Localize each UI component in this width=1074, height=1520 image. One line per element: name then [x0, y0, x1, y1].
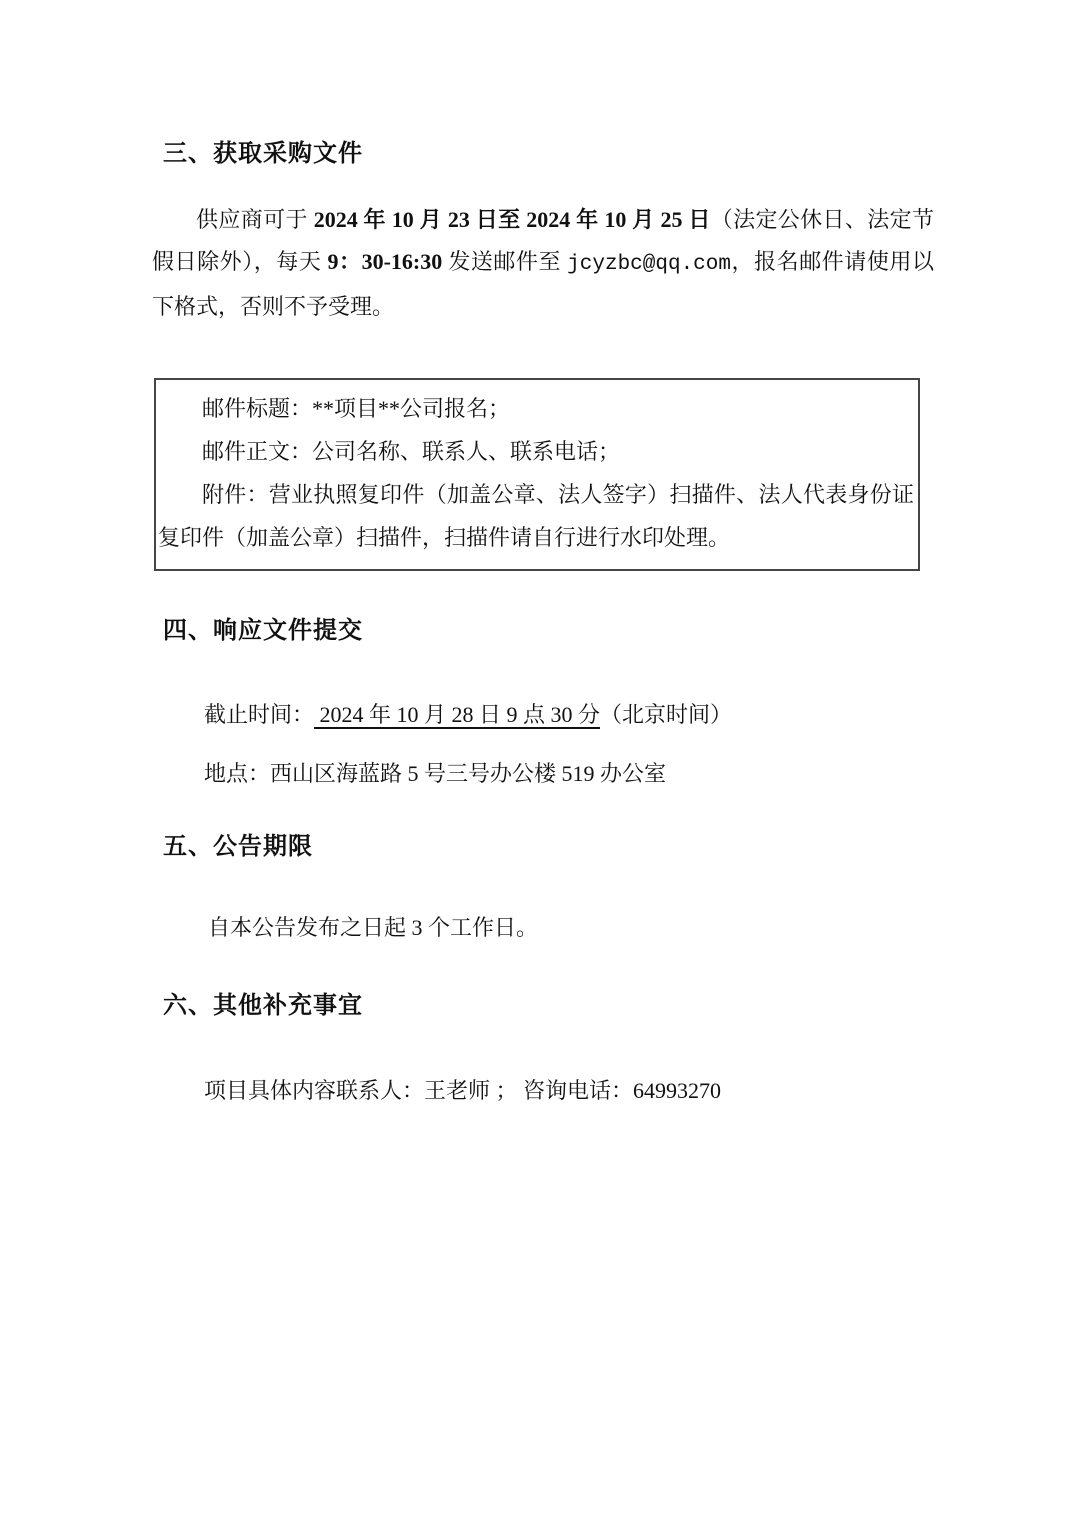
deadline-date-underlined: 2024 年 10 月 28 日 9 点 30 分: [314, 702, 600, 727]
supplier-registration-paragraph: 供应商可于 2024 年 10 月 23 日至 2024 年 10 月 25 日…: [152, 199, 934, 328]
registration-hours: 9：30-16:30: [328, 249, 443, 274]
registration-date-range: 2024 年 10 月 23 日至 2024 年 10 月 25 日: [314, 207, 711, 232]
section-5-heading: 五、公告期限: [163, 833, 313, 861]
registration-intro-text: 供应商可于: [196, 207, 314, 232]
project-contact-line: 项目具体内容联系人：王老师 ； 咨询电话：64993270: [152, 1076, 1004, 1106]
email-body-line: 邮件正文：公司名称、联系人、联系电话；: [158, 430, 914, 473]
registration-email-address: jcyzbc@qq.com: [567, 253, 731, 276]
announcement-period-line: 自本公告发布之日起 3 个工作日。: [152, 913, 1008, 943]
email-subject-line: 邮件标题：**项目**公司报名；: [158, 387, 914, 430]
submission-location-line: 地点：西山区海蓝路 5 号三号办公楼 519 办公室: [152, 759, 1004, 789]
submission-deadline-line: 截止时间： 2024 年 10 月 28 日 9 点 30 分（北京时间）: [152, 700, 1004, 730]
email-format-box: 邮件标题：**项目**公司报名； 邮件正文：公司名称、联系人、联系电话； 附件：…: [154, 378, 920, 571]
section-3-heading: 三、获取采购文件: [163, 140, 363, 168]
section-4-heading: 四、响应文件提交: [163, 617, 363, 645]
deadline-label: 截止时间：: [204, 702, 314, 727]
document-page: 三、获取采购文件 供应商可于 2024 年 10 月 23 日至 2024 年 …: [0, 0, 1074, 1520]
registration-send-text: 发送邮件至: [442, 249, 567, 274]
email-attachment-line: 附件：营业执照复印件（加盖公章、法人签字）扫描件、法人代表身份证复印件（加盖公章…: [158, 473, 914, 559]
deadline-timezone: （北京时间）: [600, 702, 732, 727]
section-6-heading: 六、其他补充事宜: [163, 992, 363, 1020]
